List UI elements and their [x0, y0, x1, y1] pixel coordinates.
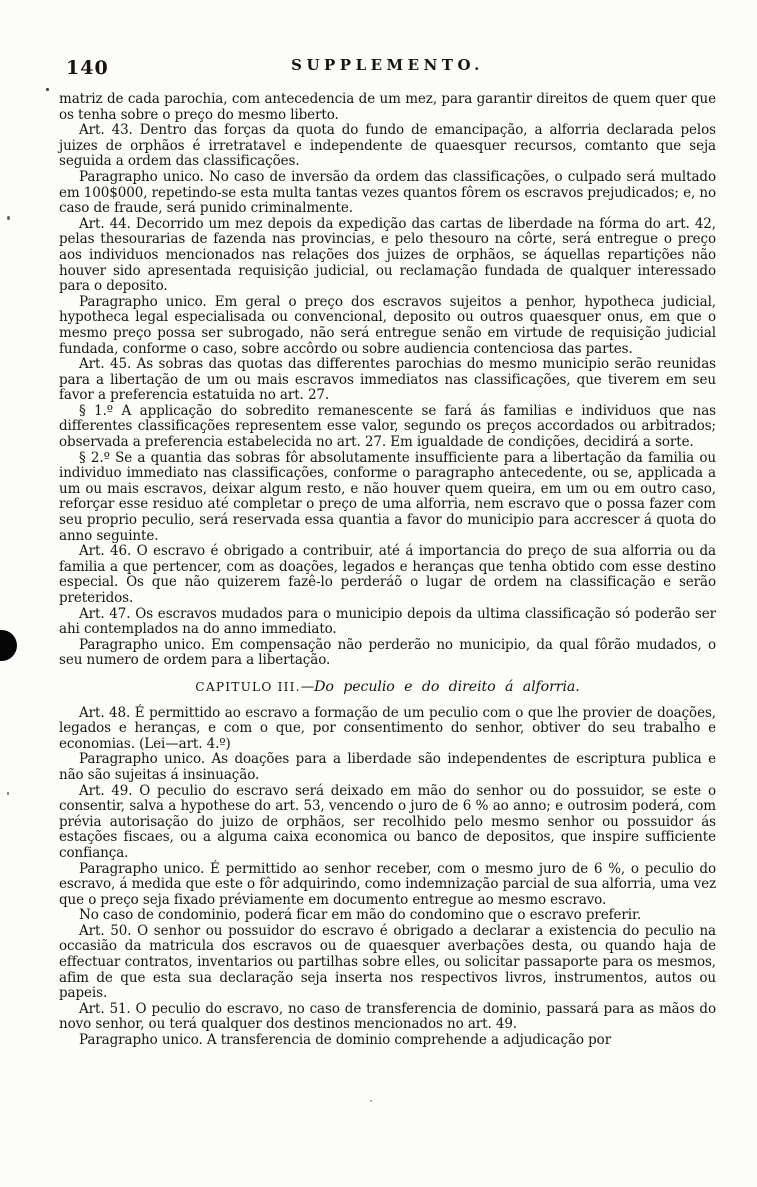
paragraph: Paragrapho unico. A transferencia de dom… [59, 1033, 716, 1049]
running-header-title: SUPPLEMENTO. [59, 56, 716, 74]
scan-speck [46, 88, 49, 91]
ink-blot-artifact [0, 630, 17, 661]
scan-speck [7, 792, 9, 795]
page-header: 140 SUPPLEMENTO. [59, 56, 716, 82]
body-text-block: matriz de cada parochia, com antecedenci… [59, 92, 716, 1049]
scan-speck [370, 1100, 372, 1102]
chapter-title: Do peculio e do direito á alforria. [314, 679, 580, 695]
paragraph: No caso de condominio, poderá ficar em m… [59, 908, 716, 924]
paragraph: Paragrapho unico. É permittido ao senhor… [59, 862, 716, 909]
paragraph: Paragrapho unico. Em compensação não per… [59, 638, 716, 669]
paragraph: § 2.º Se a quantia das sobras fôr absolu… [59, 451, 716, 545]
paragraph: Art. 51. O peculio do escravo, no caso d… [59, 1002, 716, 1033]
paragraph: Paragrapho unico. Em geral o preço dos e… [59, 295, 716, 357]
paragraph: Art. 44. Decorrido um mez depois da expe… [59, 217, 716, 295]
chapter-number-label: CAPITULO III. [195, 680, 300, 694]
paragraph: Art. 43. Dentro das forças da quota do f… [59, 123, 716, 170]
paragraph: Art. 45. As sobras das quotas das differ… [59, 357, 716, 404]
paragraph: matriz de cada parochia, com antecedenci… [59, 92, 716, 123]
chapter-heading: CAPITULO III.—Do peculio e do direito á … [59, 680, 716, 696]
scanned-document-page: 140 SUPPLEMENTO. matriz de cada parochia… [0, 0, 757, 1187]
page-number: 140 [66, 57, 109, 79]
paragraph: Art. 46. O escravo é obrigado a contribu… [59, 544, 716, 606]
paragraph: Paragrapho unico. As doações para a libe… [59, 752, 716, 783]
scan-speck [7, 216, 10, 220]
paragraph: § 1.º A applicação do sobredito remanesc… [59, 404, 716, 451]
paragraph: Art. 47. Os escravos mudados para o muni… [59, 607, 716, 638]
chapter-separator-dash: — [301, 679, 314, 695]
paragraph: Art. 49. O peculio do escravo será deixa… [59, 784, 716, 862]
paragraph: Paragrapho unico. No caso de inversão da… [59, 170, 716, 217]
paragraph: Art. 48. É permittido ao escravo a forma… [59, 706, 716, 753]
paragraph: Art. 50. O senhor ou possuidor do escrav… [59, 924, 716, 1002]
